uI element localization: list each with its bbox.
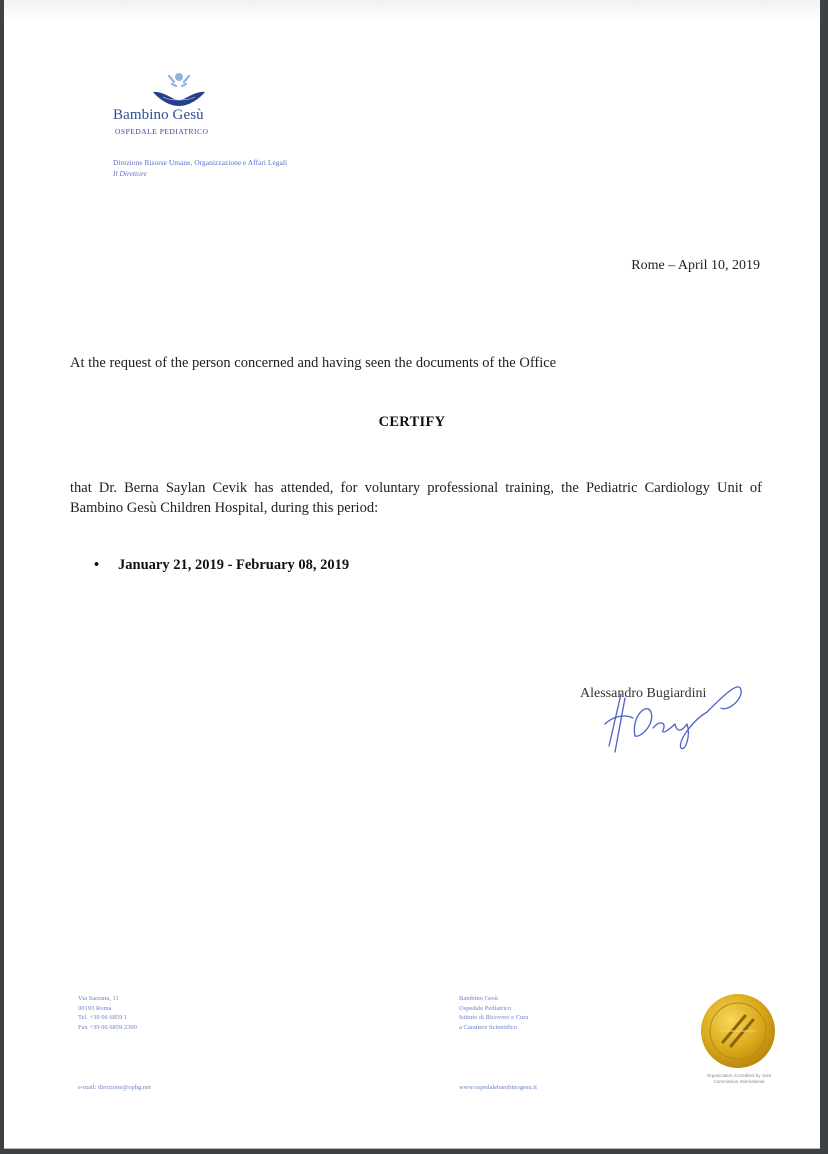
- period-list-item: •January 21, 2019 - February 08, 2019: [94, 557, 349, 574]
- bambino-gesu-logo-icon: [150, 70, 208, 108]
- document-page: Bambino Gesù OSPEDALE PEDIATRICO Direzio…: [4, 0, 820, 1149]
- department-role: Il Direttore: [113, 168, 287, 179]
- intro-paragraph: At the request of the person concerned a…: [70, 355, 556, 372]
- footer-website: www.ospedalebambinogesu.it: [459, 1083, 537, 1093]
- certify-heading: CERTIFY: [4, 414, 820, 431]
- seal-caption: Organization Accredited by Joint Commiss…: [698, 1073, 780, 1084]
- certification-body: that Dr. Berna Saylan Cevik has attended…: [70, 478, 762, 518]
- department-block: Direzione Risorse Umane, Organizzazione …: [113, 157, 287, 179]
- bullet-icon: •: [94, 557, 118, 574]
- brand-name: Bambino Gesù: [113, 107, 204, 124]
- address-line: Fax +39 06 6859 2390: [78, 1023, 137, 1033]
- department-name: Direzione Risorse Umane, Organizzazione …: [113, 157, 287, 168]
- address-line: Via Sarzana, 11: [78, 994, 137, 1004]
- footer-institution: Bambino Gesù Ospedale Pediatrico Istitut…: [459, 994, 528, 1032]
- footer-address: Via Sarzana, 11 00193 Roma Tel. +39 06 6…: [78, 994, 137, 1032]
- institution-line: Ospedale Pediatrico: [459, 1004, 528, 1014]
- brand-subtitle: OSPEDALE PEDIATRICO: [115, 127, 208, 136]
- place-date: Rome – April 10, 2019: [631, 258, 760, 274]
- institution-line: Istituto di Ricovero e Cura: [459, 1013, 528, 1023]
- institution-line: a Carattere Scientifico: [459, 1023, 528, 1033]
- handwritten-signature-icon: [589, 676, 759, 756]
- institution-line: Bambino Gesù: [459, 994, 528, 1004]
- address-line: 00193 Roma: [78, 1004, 137, 1014]
- address-line: Tel. +39 06 6859 1: [78, 1013, 137, 1023]
- period-dates: January 21, 2019 - February 08, 2019: [118, 557, 349, 573]
- footer-email: e-mail: direzione@opbg.net: [78, 1083, 151, 1093]
- accreditation-seal-icon: [699, 992, 777, 1070]
